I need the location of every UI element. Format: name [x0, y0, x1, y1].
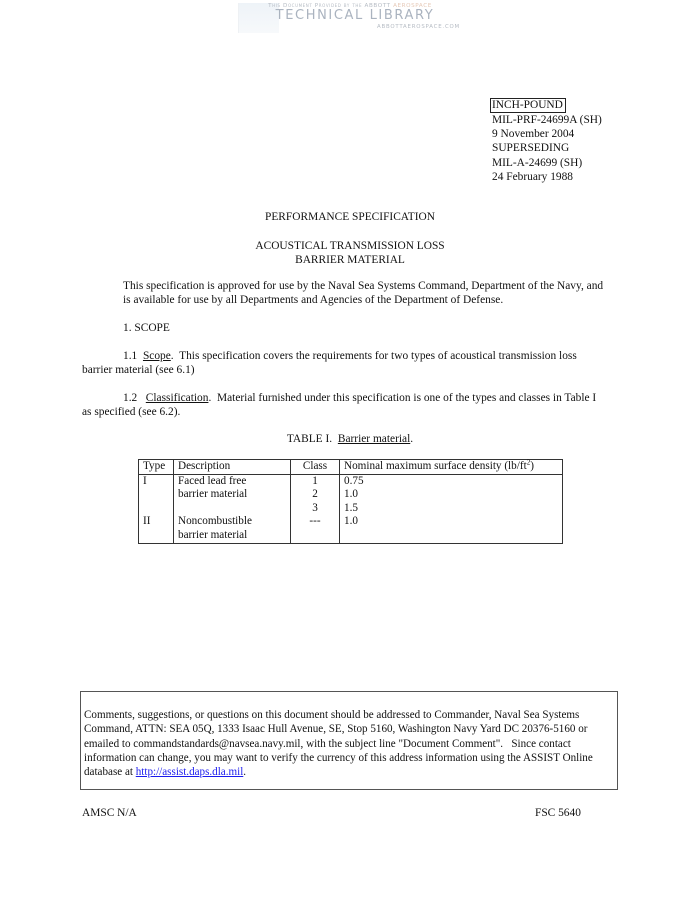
doc-date: 9 November 2004	[492, 127, 602, 141]
cell-description	[174, 502, 291, 516]
units-badge: INCH-POUND	[490, 98, 566, 113]
table-row: barrier material	[139, 529, 563, 543]
cell-description: Faced lead free	[174, 474, 291, 488]
section-1-1-line1: 1.1 Scope. This specification covers the…	[123, 349, 577, 363]
cell-type	[139, 488, 174, 502]
cell-type: II	[139, 515, 174, 529]
doc-id: MIL-PRF-24699A (SH)	[492, 113, 602, 127]
column-header-density: Nominal maximum surface density (lb/ft2)	[340, 460, 563, 475]
comment-line1: Comments, suggestions, or questions on t…	[84, 708, 613, 722]
document-header: INCH-POUND MIL-PRF-24699A (SH) 9 Novembe…	[492, 98, 602, 184]
watermark-site: ABBOTTAEROSPACE.COM	[370, 23, 460, 31]
section-1-2-label: Classification	[146, 392, 209, 404]
spec-type-title: PERFORMANCE SPECIFICATION	[0, 210, 700, 224]
cell-class: ---	[291, 515, 340, 529]
comment-line2: Command, ATTN: SEA 05Q, 1333 Isaac Hull …	[84, 722, 613, 736]
assist-database-link[interactable]: http://assist.daps.dla.mil	[136, 766, 244, 778]
table-caption: TABLE I. Barrier material.	[0, 432, 700, 446]
superseding-label: SUPERSEDING	[492, 141, 602, 155]
cell-type: I	[139, 474, 174, 488]
comment-line3: emailed to commandstandards@navsea.navy.…	[84, 737, 613, 751]
superseded-date: 24 February 1988	[492, 170, 602, 184]
table-row: I Faced lead free 1 0.75	[139, 474, 563, 488]
section-1-heading: 1. SCOPE	[123, 321, 170, 335]
column-header-type: Type	[139, 460, 174, 475]
table-row: barrier material 2 1.0	[139, 488, 563, 502]
table-row: 3 1.5	[139, 502, 563, 516]
cell-description: barrier material	[174, 488, 291, 502]
footer-amsc: AMSC N/A	[82, 806, 137, 820]
cell-density: 1.0	[340, 488, 563, 502]
section-1-2-line2: as specified (see 6.2).	[82, 405, 180, 419]
approval-line2: is available for use by all Departments …	[123, 293, 503, 307]
cell-density: 1.0	[340, 515, 563, 529]
comments-notice-box: Comments, suggestions, or questions on t…	[80, 691, 618, 790]
section-1-2-text: . Material furnished under this specific…	[208, 392, 596, 404]
section-1-2-line1: 1.2 Classification. Material furnished u…	[123, 391, 596, 405]
approval-line1: This specification is approved for use b…	[123, 279, 603, 293]
section-1-1-text: . This specification covers the requirem…	[171, 350, 577, 362]
cell-class: 3	[291, 502, 340, 516]
superseded-id: MIL-A-24699 (SH)	[492, 156, 602, 170]
table-caption-number: TABLE I.	[287, 433, 332, 445]
section-1-1-line2: barrier material (see 6.1)	[82, 363, 195, 377]
table-caption-period: .	[410, 433, 413, 445]
density-header-close: )	[530, 460, 534, 472]
document-title-line1: ACOUSTICAL TRANSMISSION LOSS	[0, 239, 700, 253]
cell-type	[139, 529, 174, 543]
table-caption-title: Barrier material	[338, 433, 410, 445]
cell-density: 1.5	[340, 502, 563, 516]
cell-description: Noncombustible	[174, 515, 291, 529]
table-header-row: Type Description Class Nominal maximum s…	[139, 460, 563, 475]
comment-line5-prefix: database at	[84, 766, 136, 778]
cell-density: 0.75	[340, 474, 563, 488]
barrier-material-table: Type Description Class Nominal maximum s…	[138, 459, 563, 544]
comment-line5-suffix: .	[243, 766, 246, 778]
comment-line4: information can change, you may want to …	[84, 751, 613, 765]
column-header-class: Class	[291, 460, 340, 475]
document-title-line2: BARRIER MATERIAL	[0, 253, 700, 267]
section-1-2-number: 1.2	[123, 392, 137, 404]
cell-class	[291, 529, 340, 543]
footer-fsc: FSC 5640	[535, 806, 581, 820]
cell-type	[139, 502, 174, 516]
watermark-title: TECHNICAL LIBRARY	[250, 8, 460, 24]
density-header-text: Nominal maximum surface density (lb/ft	[344, 460, 527, 472]
section-1-1-number: 1.1	[123, 350, 137, 362]
cell-density	[340, 529, 563, 543]
cell-class: 1	[291, 474, 340, 488]
table-row: II Noncombustible --- 1.0	[139, 515, 563, 529]
section-1-1-label: Scope	[143, 350, 171, 362]
column-header-description: Description	[174, 460, 291, 475]
cell-description: barrier material	[174, 529, 291, 543]
cell-class: 2	[291, 488, 340, 502]
comment-line5: database at http://assist.daps.dla.mil.	[84, 765, 613, 779]
